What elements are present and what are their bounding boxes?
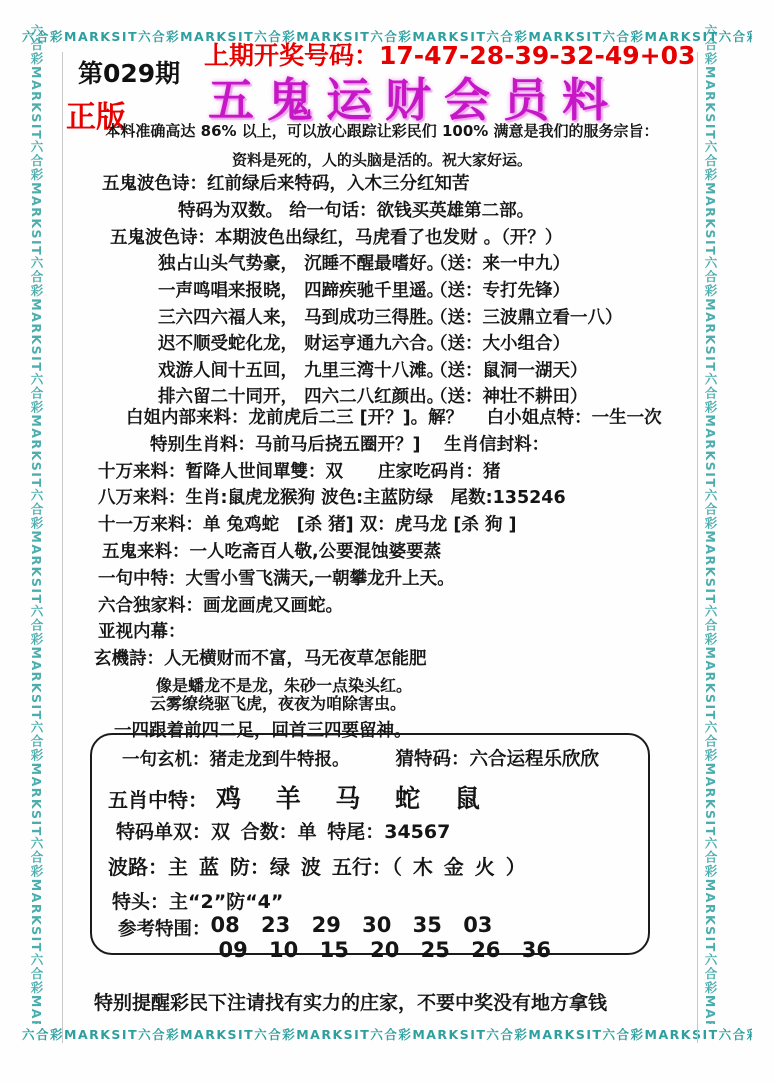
five-zodiac-row: 五肖中特：鸡 羊 马 蛇 鼠 bbox=[108, 779, 493, 815]
prediction-box: 一句玄机：猪走龙到牛特报。猜特码：六合运程乐欣欣 五肖中特：鸡 羊 马 蛇 鼠 … bbox=[90, 733, 650, 955]
poem-gift: （送：来一中九） bbox=[430, 251, 570, 278]
sheet-content: 上期开奖号码：17-47-28-39-32-49+03 第029期 五鬼运财会员… bbox=[66, 30, 698, 1050]
info-line-100k: 十万来料：暂降人世间單雙：双 庄家吃码肖：猪 bbox=[66, 459, 698, 486]
info-line-atv: 亚视内幕： bbox=[66, 619, 698, 646]
zodiac-poem-row: 迟不顺受蛇化龙， 财运亨通九六合。 （送：大小组合） bbox=[66, 331, 698, 358]
special-range-numbers: 08 23 29 30 35 03 09 10 15 20 25 26 36 bbox=[211, 913, 551, 963]
wave-poem-line-3: 五鬼波色诗：本期波色出绿红，马虎看了也发财 。（开？） bbox=[66, 225, 698, 252]
range-numbers-row-2: 09 10 15 20 25 26 36 bbox=[211, 938, 551, 963]
five-zodiac-animals: 鸡 羊 马 蛇 鼠 bbox=[216, 784, 493, 813]
info-line-mystic-poem: 玄機詩：人无横财而不富，马无夜草怎能肥 bbox=[66, 646, 698, 673]
border-pattern-left: 六合彩MARKSIT六合彩MARKSIT六合彩MARKSIT六合彩MARKSIT… bbox=[27, 24, 45, 1024]
parity-row: 特码单双：双 合数：单 特尾：34567 bbox=[116, 817, 450, 844]
poem-gift: （送：大小组合） bbox=[430, 331, 570, 358]
wave-poem-line-2: 特码为双数。 给一句话：欲钱买英雄第二部。 bbox=[66, 198, 698, 225]
info-line-110k: 十一万来料：单 兔鸡蛇 [杀 猪] 双：虎马龙 [杀 狗 ] bbox=[66, 512, 698, 539]
info-line-dragon: 像是蟠龙不是龙，朱砂一点染头红。 bbox=[66, 677, 698, 696]
info-line-wugui: 五鬼来料：一人吃斋百人敬,公要混蚀婆要蒸 bbox=[66, 539, 698, 566]
lottery-tip-sheet: 六合彩MARKSIT六合彩MARKSIT六合彩MARKSIT六合彩MARKSIT… bbox=[0, 0, 774, 1083]
inner-frame-line-left bbox=[62, 52, 63, 1043]
mystery-sentence: 一句玄机：猪走龙到牛特报。 bbox=[122, 750, 350, 770]
luck-tagline: 资料是死的，人的头脑是活的。祝大家好运。 bbox=[66, 149, 698, 170]
poem-text: 独占山头气势豪， 沉睡不醒最嗜好。 bbox=[158, 251, 430, 278]
info-line-zodiac: 特别生肖料：马前马后挠五圈开？] 生肖信封料： bbox=[66, 432, 698, 459]
poem-text: 迟不顺受蛇化龙， 财运亨通九六合。 bbox=[158, 331, 430, 358]
wave-row: 波路：主 蓝 防：绿 波 五行：（ 木 金 火 ） bbox=[108, 851, 526, 880]
body-text: 五鬼波色诗：红前绿后来特码，入木三分红知苦 特码为双数。 给一句话：欲钱买英雄第… bbox=[66, 171, 698, 745]
head-row: 特头：主“2”防“4” bbox=[112, 887, 283, 914]
info-line-baijie: 白姐内部来料：龙前虎后二三 [开？]。解？ 白小姐点特：一生一次 bbox=[66, 405, 698, 432]
special-range-row: 参考特围： 08 23 29 30 35 03 09 10 15 20 25 2… bbox=[118, 913, 551, 963]
accuracy-tagline: 本料准确高达 86% 以上，可以放心跟踪让彩民们 100% 满意是我们的服务宗旨… bbox=[66, 120, 698, 141]
info-line-exclusive: 六合独家料：画龙画虎又画蛇。 bbox=[66, 593, 698, 620]
zodiac-poem-row: 三六四六福人来， 马到成功三得胜。 （送：三波鼎立看一八） bbox=[66, 305, 698, 332]
zodiac-poem-row: 戏游人间十五回， 九里三湾十八滩。 （送：鼠洞一湖天） bbox=[66, 358, 698, 385]
five-zodiac-label: 五肖中特： bbox=[108, 788, 208, 812]
poem-text: 三六四六福人来， 马到成功三得胜。 bbox=[158, 305, 430, 332]
wave-poem-line-1: 五鬼波色诗：红前绿后来特码，入木三分红知苦 bbox=[66, 171, 698, 198]
zodiac-poem-row: 一声鸣唱来报晓， 四蹄疾驰千里遥。 （送：专打先锋） bbox=[66, 278, 698, 305]
border-pattern-right: 六合彩MARKSIT六合彩MARKSIT六合彩MARKSIT六合彩MARKSIT… bbox=[701, 24, 719, 1024]
info-line-tiger: 云雾缭绕驱飞虎，夜夜为咱除害虫。 bbox=[66, 695, 698, 714]
issue-number: 第029期 bbox=[78, 54, 180, 90]
poem-gift: （送：专打先锋） bbox=[430, 278, 570, 305]
guess-special: 猜特码：六合运程乐欣欣 bbox=[396, 749, 600, 770]
poem-gift: （送：三波鼎立看一八） bbox=[430, 305, 623, 332]
poem-text: 戏游人间十五回， 九里三湾十八滩。 bbox=[158, 358, 430, 385]
info-line-one-sentence: 一句中特：大雪小雪飞满天,一朝攀龙升上天。 bbox=[66, 566, 698, 593]
poem-text: 一声鸣唱来报晓， 四蹄疾驰千里遥。 bbox=[158, 278, 430, 305]
range-numbers-row-1: 08 23 29 30 35 03 bbox=[211, 913, 551, 938]
zodiac-poem-row: 独占山头气势豪， 沉睡不醒最嗜好。 （送：来一中九） bbox=[66, 251, 698, 278]
info-line-80k: 八万来料：生肖:鼠虎龙猴狗 波色:主蓝防绿 尾数:135246 bbox=[66, 485, 698, 512]
footer-warning: 特别提醒彩民下注请找有实力的庄家，不要中奖没有地方拿钱 bbox=[94, 988, 607, 1015]
poem-gift: （送：鼠洞一湖天） bbox=[430, 358, 588, 385]
mystery-row: 一句玄机：猪走龙到牛特报。猜特码：六合运程乐欣欣 bbox=[122, 745, 599, 771]
special-range-label: 参考特围： bbox=[118, 913, 211, 963]
